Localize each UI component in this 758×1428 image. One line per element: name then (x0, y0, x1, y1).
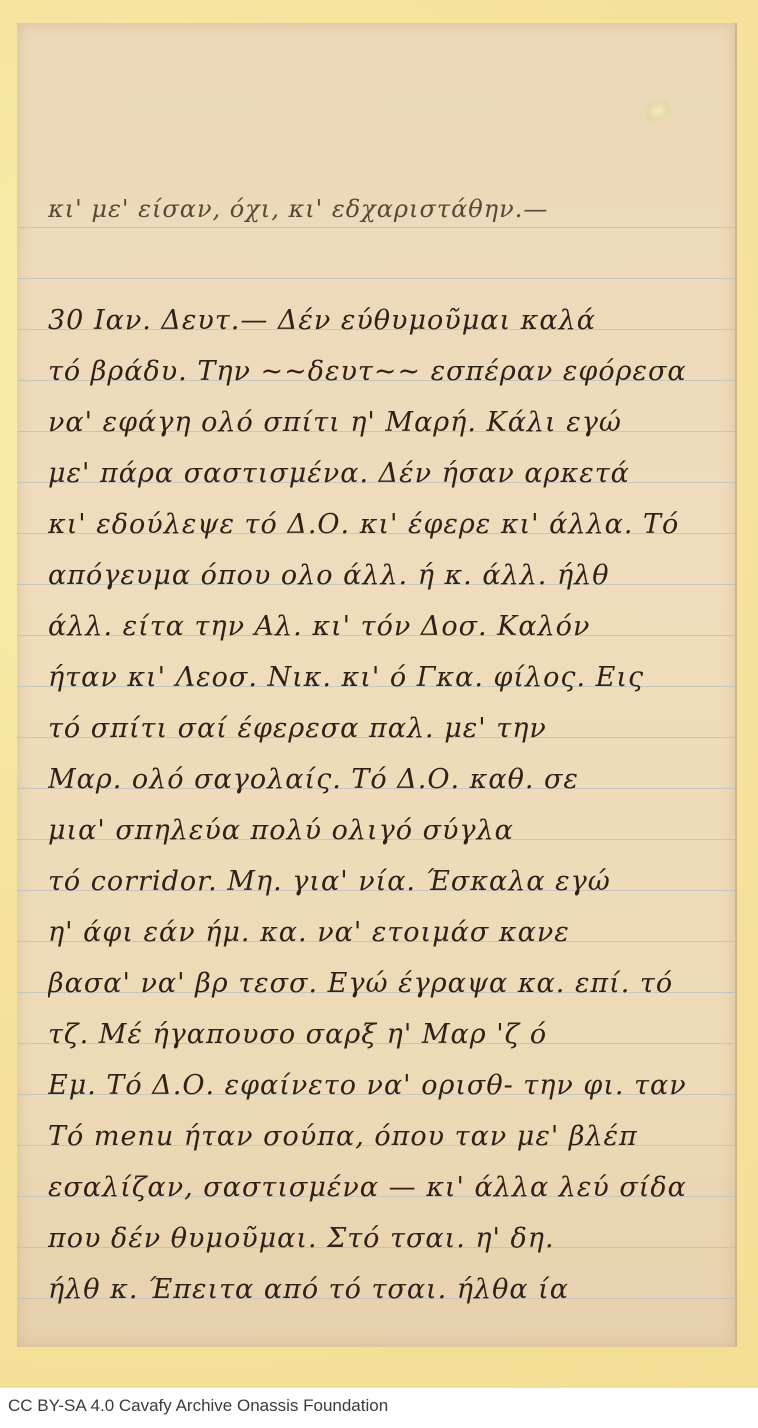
manuscript-line: με' πάρα σαστισμένα. Δέν ήσαν αρκετά (48, 458, 728, 489)
manuscript-line: εσαλίζαν, σαστισμένα — κι' άλλα λεύ σίδα (48, 1172, 728, 1203)
manuscript-line: Τό menu ήταν σούπα, όπου ταν με' βλέπ (48, 1121, 728, 1152)
manuscript-line: άλλ. είτα την Αλ. κι' τόν Δοσ. Καλόν (48, 611, 728, 642)
manuscript-line: τζ. Μέ ήγαπουσο σαρξ η' Μαρ 'ζ ό (48, 1019, 728, 1050)
manuscript-line: ήταν κι' Λεοσ. Νικ. κι' ό Γκα. φίλος. Ει… (48, 662, 728, 693)
ruled-line (17, 278, 735, 279)
manuscript-line: βασα' να' βρ τεσσ. Εγώ έγραψα κα. επί. τ… (48, 968, 728, 999)
manuscript-line: Εμ. Τό Δ.Ο. εφαίνετο να' ορισθ- την φι. … (48, 1070, 728, 1101)
manuscript-line: να' εφάγη ολό σπίτι η' Μαρή. Κάλι εγώ (48, 407, 728, 438)
manuscript-line: τό corridor. Μη. για' νία. Έσκαλα εγώ (48, 866, 728, 897)
manuscript-line: κι' με' είσαν, όχι, κι' εδχαριστάθην.— (48, 195, 728, 223)
manuscript-line: τό βράδυ. Την ~~δευτ~~ εσπέραν εφόρεσα (48, 356, 728, 387)
paper-stain (642, 97, 673, 125)
manuscript-line: μια' σπηλεύα πολύ ολιγό σύγλα (48, 815, 728, 846)
manuscript-line: κι' εδούλεψε τό Δ.Ο. κι' έφερε κι' άλλα.… (48, 509, 728, 540)
ruled-line (17, 227, 735, 228)
manuscript-line: που δέν θυμοῦμαι. Στό τσαι. η' δη. (48, 1223, 728, 1254)
manuscript-line: ήλθ κ. Έπειτα από τό τσαι. ήλθα ία (48, 1274, 728, 1305)
manuscript-line: απόγευμα όπου ολο άλλ. ή κ. άλλ. ήλθ (48, 560, 728, 591)
license-credit: CC BY-SA 4.0 Cavafy Archive Onassis Foun… (8, 1396, 388, 1416)
manuscript-line: Μαρ. ολό σαγολαίς. Τό Δ.Ο. καθ. σε (48, 764, 728, 795)
manuscript-line: 30 Ιαν. Δευτ.— Δέν εύθυμοῦμαι καλά (48, 305, 728, 336)
manuscript-line: η' άφι εάν ήμ. κα. να' ετοιμάσ κανε (48, 917, 728, 948)
manuscript-line: τό σπίτι σαί έφερεσα παλ. με' την (48, 713, 728, 744)
